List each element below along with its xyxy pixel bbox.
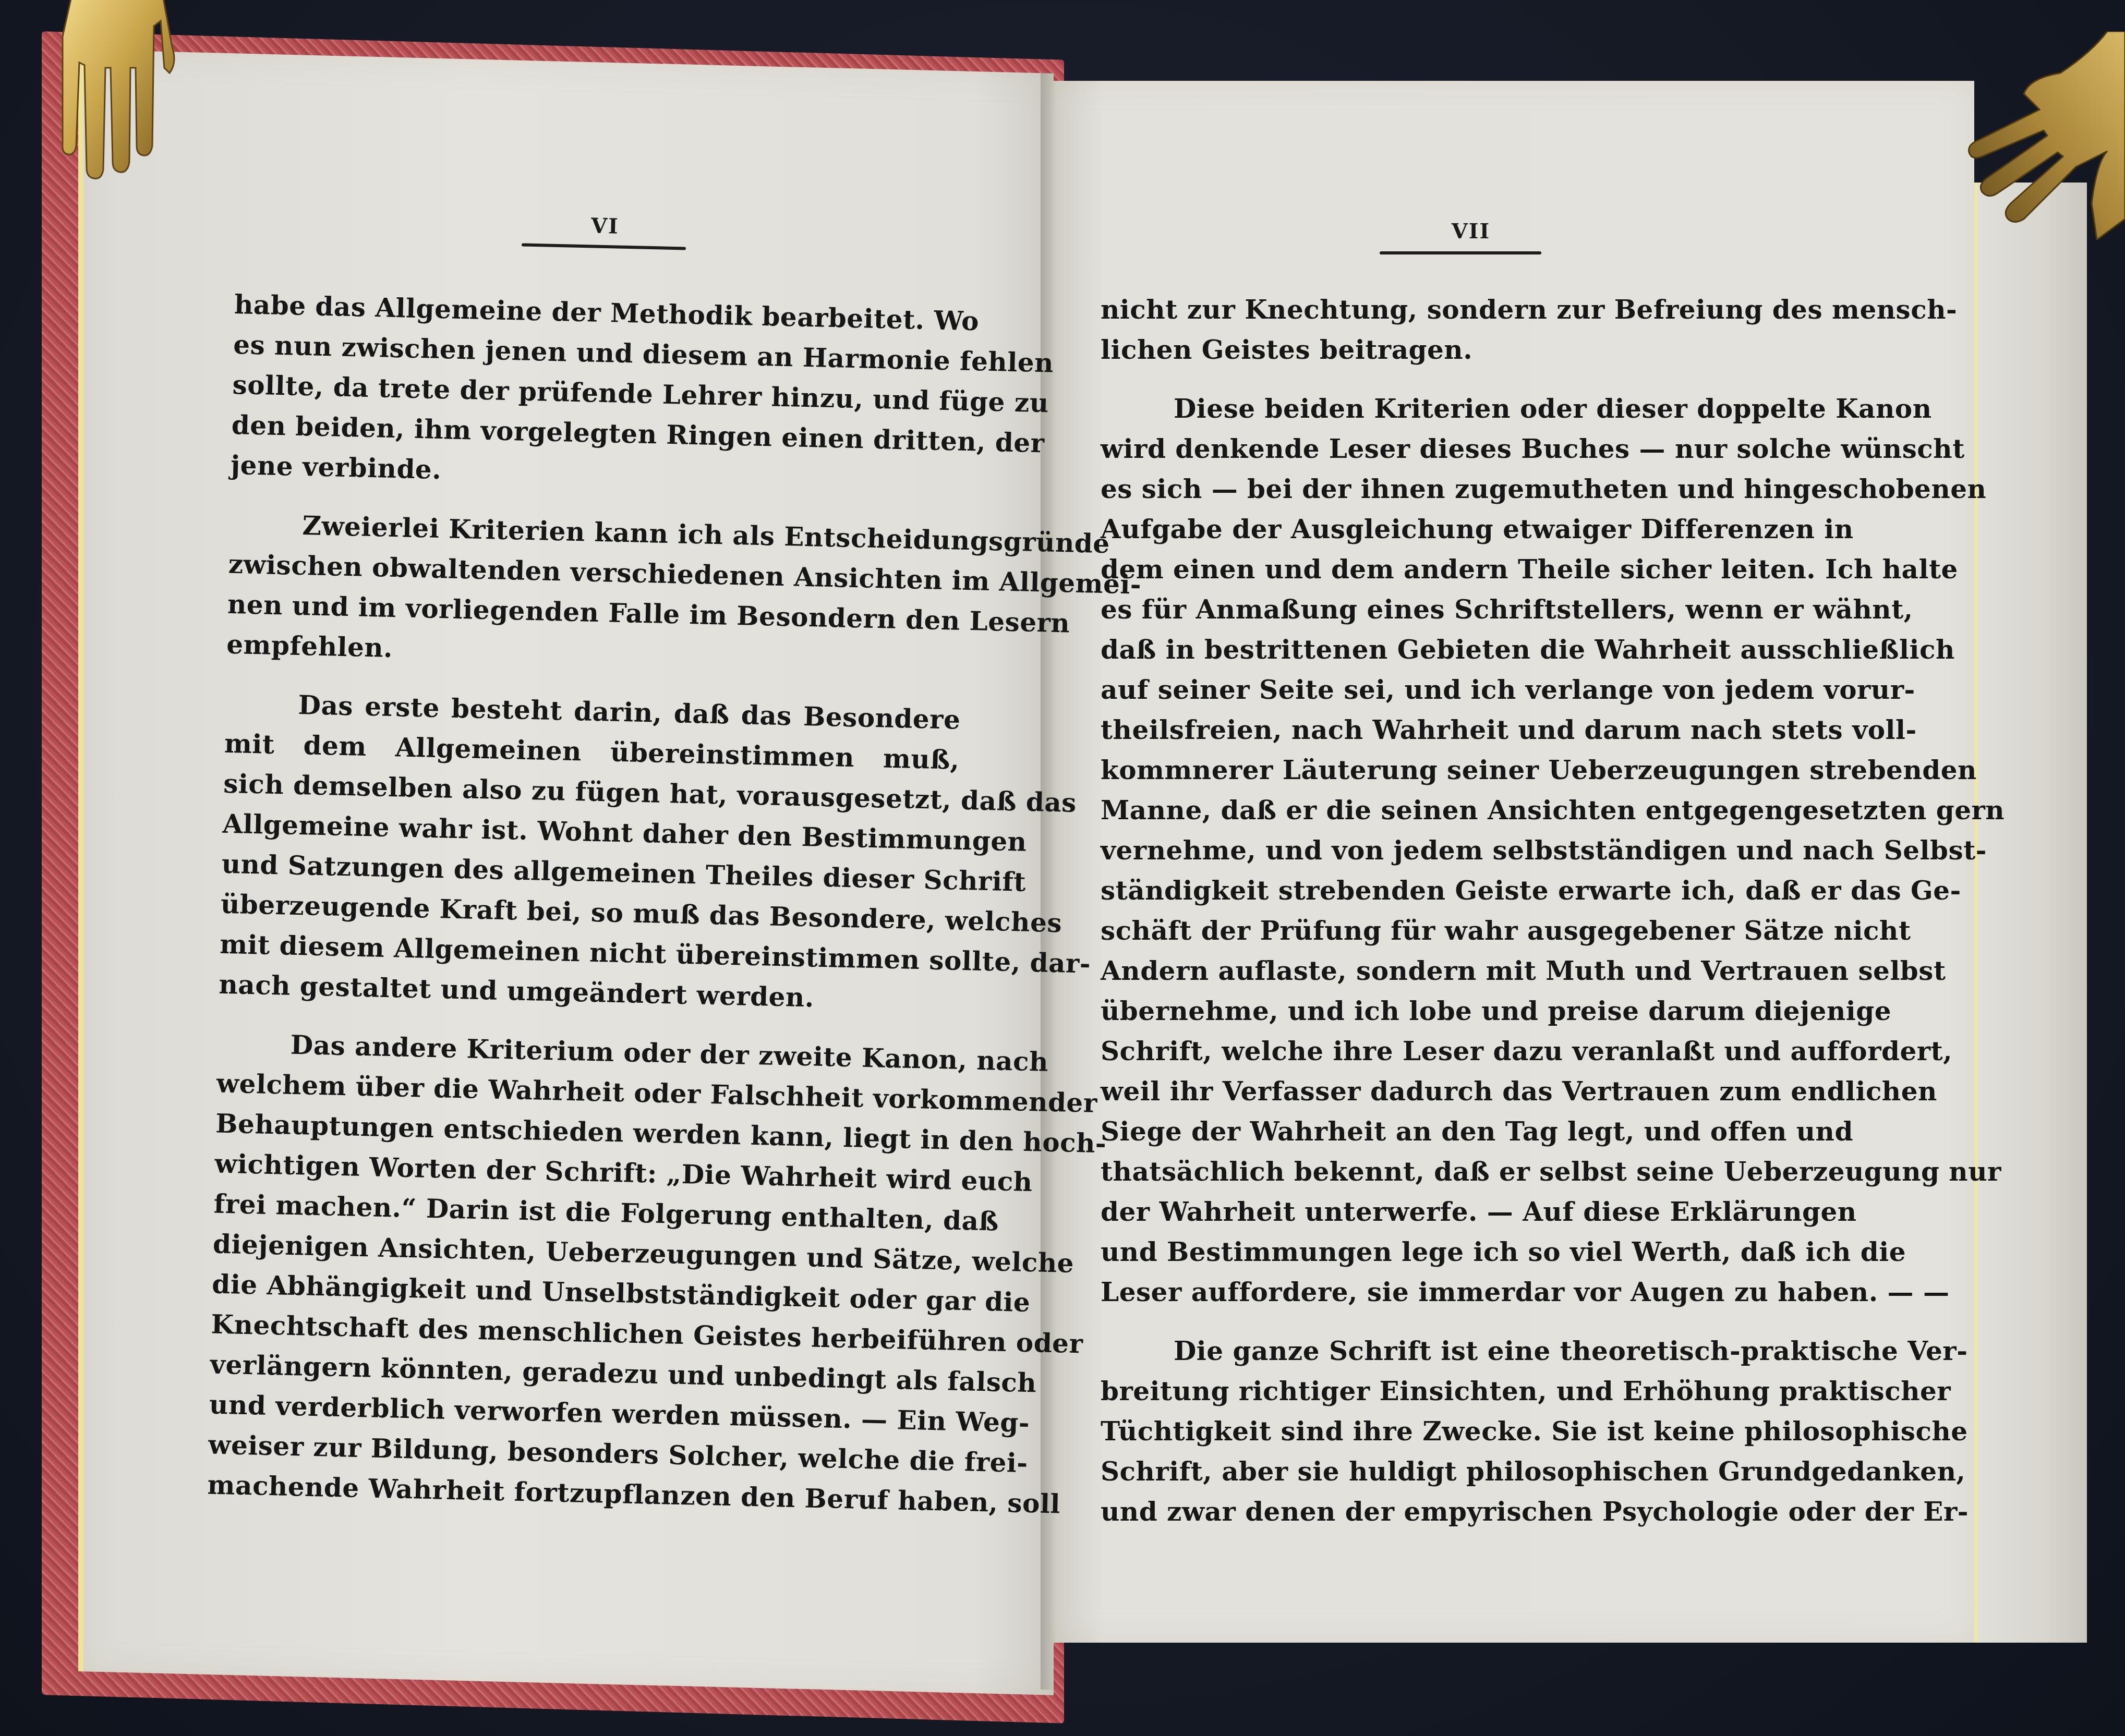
- text-line: lichen Geistes beitragen.: [1101, 330, 1823, 370]
- text-line: kommnerer Läuterung seiner Ueberzeugunge…: [1101, 750, 1823, 790]
- text-line: es für Anmaßung eines Schriftstellers, w…: [1101, 589, 1823, 629]
- text-line: und zwar denen der empyrischen Psycholog…: [1101, 1491, 1823, 1532]
- text-line: Aufgabe der Ausgleichung etwaiger Differ…: [1101, 509, 1823, 549]
- book-gutter: [1041, 73, 1056, 1690]
- paragraph: nicht zur Knechtung, sondern zur Befreiu…: [1101, 289, 1823, 370]
- right-page-fore-edge: [1974, 183, 2087, 1643]
- paragraph: habe das Allgemeine der Methodik bearbei…: [230, 284, 970, 502]
- text-line: dem einen und dem andern Theile sicher l…: [1101, 549, 1823, 589]
- text-line: thatsächlich bekennt, daß er selbst sein…: [1101, 1151, 1823, 1192]
- text-line: Leser auffordere, sie immerdar vor Augen…: [1101, 1272, 1823, 1312]
- text-line: schäft der Prüfung für wahr ausgegebener…: [1101, 911, 1823, 951]
- text-line: und Bestimmungen lege ich so viel Werth,…: [1101, 1232, 1823, 1272]
- text-line: der Wahrheit unterwerfe. — Auf diese Erk…: [1101, 1192, 1823, 1232]
- text-line: nicht zur Knechtung, sondern zur Befreiu…: [1101, 289, 1823, 330]
- brass-hand-clip-right-icon: [1940, 31, 2125, 240]
- text-line: es sich — bei der ihnen zugemutheten und…: [1101, 469, 1823, 509]
- text-line: Manne, daß er die seinen Ansichten entge…: [1101, 790, 1823, 830]
- text-line: Die ganze Schrift ist eine theoretisch-p…: [1101, 1331, 1823, 1371]
- text-line: Tüchtigkeit sind ihre Zwecke. Sie ist ke…: [1101, 1411, 1823, 1451]
- text-line: übernehme, und ich lobe und preise darum…: [1101, 991, 1823, 1031]
- left-page-number: VI: [563, 213, 647, 239]
- text-line: theilsfreien, nach Wahrheit und darum na…: [1101, 710, 1823, 750]
- text-line: wird denkende Leser dieses Buches — nur …: [1101, 429, 1823, 469]
- right-page-number: VII: [1429, 219, 1513, 244]
- paragraph: Die ganze Schrift ist eine theoretisch-p…: [1101, 1331, 1823, 1532]
- right-page-text: nicht zur Knechtung, sondern zur Befreiu…: [1101, 289, 1823, 1550]
- brass-hand-clip-left-icon: [42, 0, 230, 188]
- paragraph: Diese beiden Kriterien oder dieser doppe…: [1101, 389, 1823, 1312]
- text-line: Schrift, welche ihre Leser dazu veranlaß…: [1101, 1031, 1823, 1071]
- paragraph: Zweierlei Kriterien kann ich als Entsche…: [226, 504, 965, 681]
- left-page-text: habe das Allgemeine der Methodik bearbei…: [207, 284, 970, 1540]
- text-line: Diese beiden Kriterien oder dieser doppe…: [1101, 389, 1823, 429]
- text-line: breitung richtiger Einsichten, und Erhöh…: [1101, 1371, 1823, 1411]
- paragraph: Das andere Kriterium oder der zweite Kan…: [207, 1023, 953, 1522]
- text-line: auf seiner Seite sei, und ich verlange v…: [1101, 670, 1823, 710]
- text-line: ständigkeit strebenden Geiste erwarte ic…: [1101, 870, 1823, 911]
- text-line: weil ihr Verfasser dadurch das Vertrauen…: [1101, 1071, 1823, 1111]
- text-line: Siege der Wahrheit an den Tag legt, und …: [1101, 1111, 1823, 1151]
- paragraph: Das erste besteht darin, daß das Besonde…: [219, 683, 961, 1021]
- text-line: Schrift, aber sie huldigt philosophische…: [1101, 1451, 1823, 1491]
- right-header-rule: [1380, 251, 1541, 254]
- text-line: Andern auflaste, sondern mit Muth und Ve…: [1101, 951, 1823, 991]
- text-line: vernehme, und von jedem selbstständigen …: [1101, 830, 1823, 870]
- text-line: daß in bestrittenen Gebieten die Wahrhei…: [1101, 629, 1823, 670]
